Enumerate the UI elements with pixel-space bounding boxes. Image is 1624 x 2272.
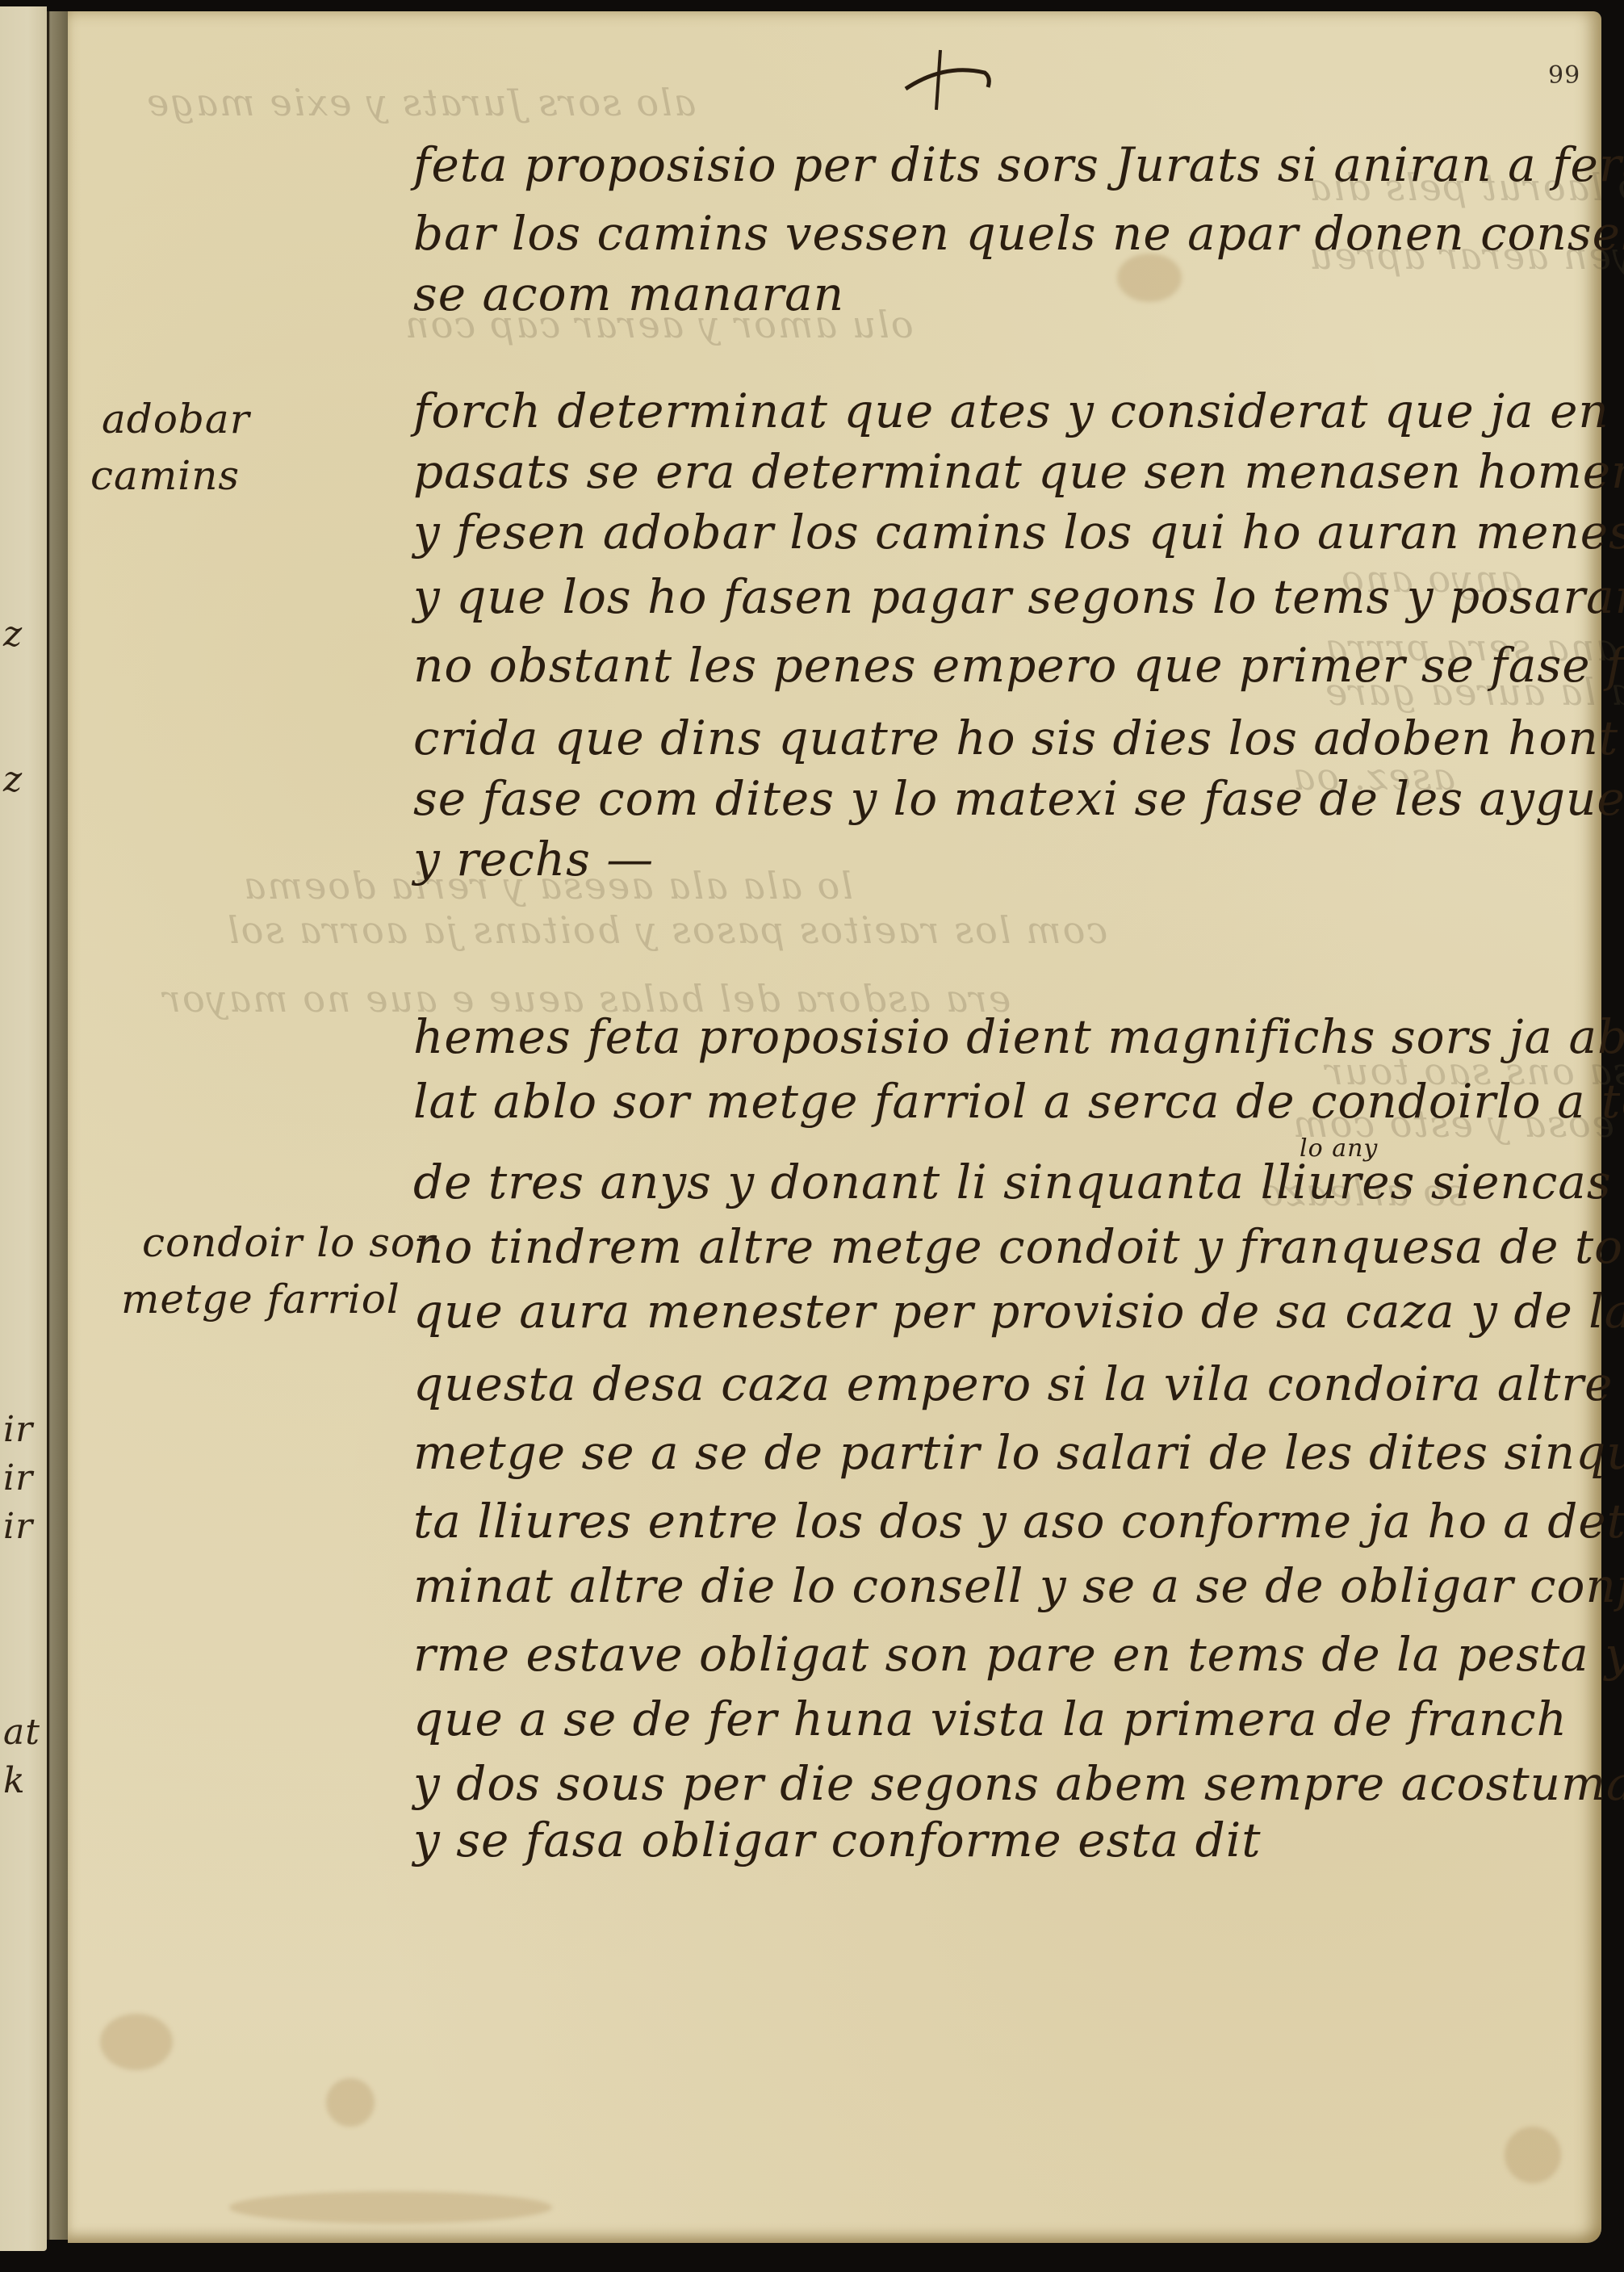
text-line: forch determinat que ates y considerat q… [413,384,1624,438]
left-fragment: ir [3,1506,33,1547]
text-line: ta lliures entre los dos y aso conforme … [413,1494,1624,1549]
text-line: metge se a se de partir lo salari de les… [413,1425,1624,1480]
left-fragment: k [3,1760,26,1801]
left-fragment: z [3,614,23,655]
margin-note-line: metge farriol [121,1276,400,1323]
text-line: de tres anys y donant li sinquanta lliur… [413,1155,1612,1209]
foxing-stain [100,2014,173,2070]
foxing-stain [229,2191,552,2224]
text-line: y fesen adobar los camins los qui ho aur… [413,505,1624,560]
text-line: pasats se era determinat que sen menasen… [413,444,1624,499]
margin-note-line: adobar [102,396,250,442]
margin-note-line: camins [90,452,240,499]
left-fragment: z [3,759,23,800]
text-line: bar los camins vessen quels ne apar done… [413,206,1624,261]
margin-note-line: condoir lo sor [142,1219,436,1266]
text-line: y rechs — [413,832,654,887]
text-line: minat altre die lo consell y se a se de … [413,1558,1624,1613]
text-line: questa desa caza empero si la vila condo… [413,1356,1613,1411]
bleed-line: com los raeitos pasos y boitans ja aorra… [226,908,1107,952]
folio-number: 99 [1548,61,1580,90]
left-fragment: at [3,1712,40,1753]
text-line: se fase com dites y lo matexi se fase de… [413,771,1624,826]
text-line: y dos sous per die segons abem sempre ac… [413,1756,1624,1811]
foxing-stain [1505,2127,1561,2183]
text-line: crida que dins quatre ho sis dies los ad… [413,711,1624,765]
adjacent-page [0,6,47,2251]
cross-icon [904,47,993,111]
text-line: que aura menester per provisio de sa caz… [413,1284,1624,1339]
text-line: se acom manaran [413,266,844,321]
foxing-stain [326,2078,375,2127]
text-line: y que los ho fasen pagar segons lo tems … [413,569,1624,624]
text-line: no tindrem altre metge condoit y franque… [413,1219,1624,1274]
page-edge-line [47,11,49,2240]
text-line: no obstant les penes empero que primer s… [413,638,1624,693]
binding-gutter [47,11,68,2240]
text-line: rme estave obligat son pare en tems de l… [413,1627,1624,1682]
text-line: feta proposisio per dits sors Jurats si … [413,137,1624,192]
foxing-stain [1117,254,1182,302]
text-line: lat ablo sor metge farriol a serca de co… [413,1074,1624,1129]
text-line: hemes feta proposisio dient magnifichs s… [413,1009,1624,1064]
left-fragment: ir [3,1409,33,1450]
bleed-line: alo sors Jurats y exie mage [145,81,696,124]
text-line: y se fasa obligar conforme esta dit [413,1813,1262,1867]
text-line: que a se de fer huna vista la primera de… [413,1691,1567,1746]
left-fragment: ir [3,1457,33,1499]
